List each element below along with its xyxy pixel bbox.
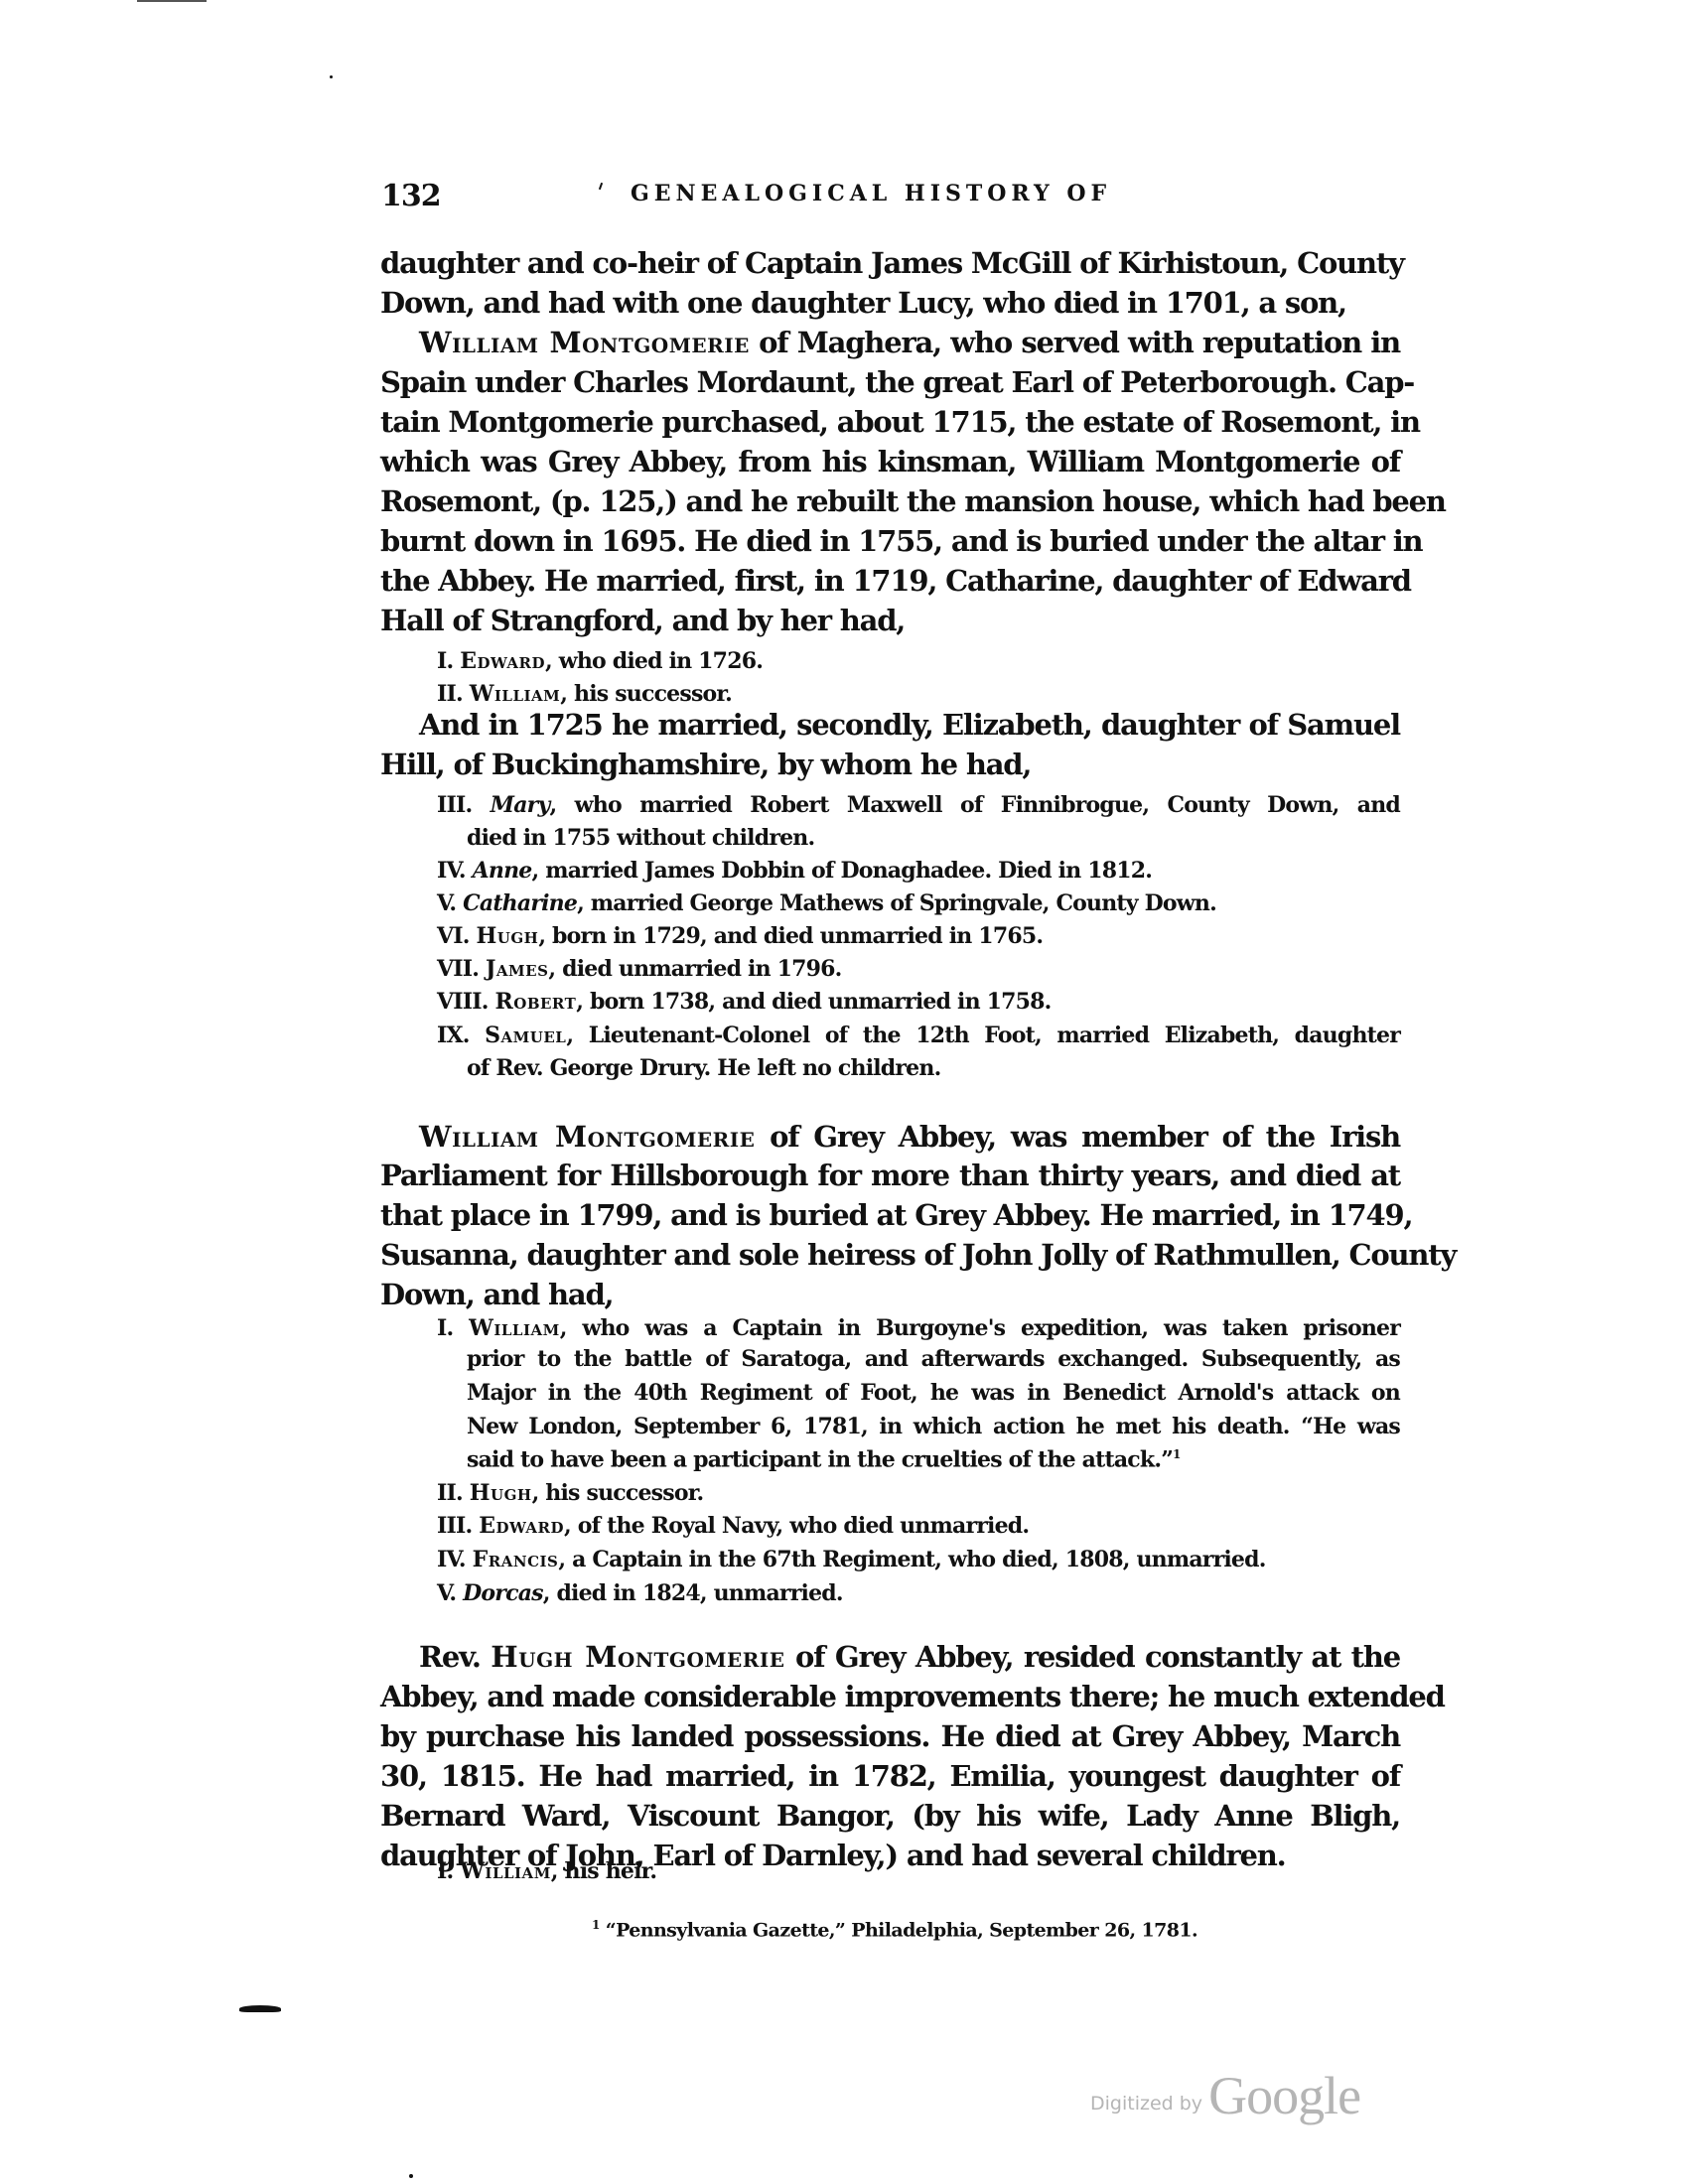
scan-artifact-dot <box>330 75 333 78</box>
body-text-line: William Montgomerie of Grey Abbey, was m… <box>419 1123 1400 1152</box>
child-entry-continuation: of Rev. George Drury. He left no childre… <box>467 1057 1400 1079</box>
body-text-line: Spain under Charles Mordaunt, the great … <box>380 368 1400 397</box>
body-text-line: the Abbey. He married, first, in 1719, C… <box>380 567 1400 596</box>
child-entry: II. William, his successor. <box>437 683 1400 705</box>
child-entry: III. Mary, who married Robert Maxwell of… <box>437 794 1400 816</box>
person-name: Hugh Montgomerie <box>491 1640 784 1674</box>
person-name: William Montgomerie <box>419 326 750 359</box>
child-entry: VIII. Robert, born 1738, and died unmarr… <box>437 991 1400 1013</box>
child-entry-continuation: Major in the 40th Regiment of Foot, he w… <box>467 1382 1400 1404</box>
person-name: William Montgomerie <box>419 1120 755 1154</box>
child-entry: I. Edward, who died in 1726. <box>437 650 1400 672</box>
body-text-line: Parliament for Hillsborough for more tha… <box>380 1161 1400 1190</box>
body-text-line: Hill, of Buckinghamshire, by whom he had… <box>380 751 1400 779</box>
body-text-line: by purchase his landed possessions. He d… <box>380 1722 1400 1751</box>
child-entry-continuation: died in 1755 without children. <box>467 827 1400 849</box>
child-entry-continuation: said to have been a participant in the c… <box>467 1448 1400 1470</box>
child-entry: II. Hugh, his successor. <box>437 1482 1400 1504</box>
body-text-line: And in 1725 he married, secondly, Elizab… <box>419 711 1400 740</box>
body-text-line: Down, and had with one daughter Lucy, wh… <box>380 289 1400 318</box>
body-text-line: Rev. Hugh Montgomerie of Grey Abbey, res… <box>419 1643 1400 1672</box>
body-text-line: tain Montgomerie purchased, about 1715, … <box>380 408 1400 437</box>
body-text-line: that place in 1799, and is buried at Gre… <box>380 1201 1400 1230</box>
footnote-marker: 1 <box>592 1918 600 1932</box>
child-entry: VI. Hugh, born in 1729, and died unmarri… <box>437 925 1400 947</box>
child-entry: IV. Anne, married James Dobbin of Donagh… <box>437 860 1400 882</box>
scan-artifact-blob <box>239 2005 281 2012</box>
child-entry: I. William, who was a Captain in Burgoyn… <box>437 1317 1400 1339</box>
child-entry: III. Edward, of the Royal Navy, who died… <box>437 1515 1400 1537</box>
body-text-line: William Montgomerie of Maghera, who serv… <box>419 329 1400 357</box>
scan-artifact-mark <box>599 183 603 190</box>
page-number: 132 <box>381 179 441 213</box>
google-logo: Google <box>1208 2066 1360 2125</box>
body-text-line: Bernard Ward, Viscount Bangor, (by his w… <box>380 1802 1400 1831</box>
running-title: GENEALOGICAL HISTORY OF <box>631 181 1111 206</box>
child-entry: I. William, his heir. <box>437 1860 1400 1882</box>
body-text-line: which was Grey Abbey, from his kinsman, … <box>380 448 1400 477</box>
body-text-line: Abbey, and made considerable improvement… <box>380 1683 1400 1711</box>
digitized-by-google-watermark: Digitized by Google <box>1090 2065 1360 2126</box>
body-text-line: daughter and co-heir of Captain James Mc… <box>380 249 1400 278</box>
book-page: 132 GENEALOGICAL HISTORY OF daughter and… <box>0 0 1688 2184</box>
scan-artifact-top-bar <box>137 0 207 2</box>
footnote: 1 “Pennsylvania Gazette,” Philadelphia, … <box>592 1918 1197 1941</box>
body-text-line: Down, and had, <box>380 1281 1400 1309</box>
child-entry-continuation: prior to the battle of Saratoga, and aft… <box>467 1348 1400 1370</box>
body-text-line: Susanna, daughter and sole heiress of Jo… <box>380 1241 1400 1270</box>
child-entry: VII. James, died unmarried in 1796. <box>437 958 1400 980</box>
footnote-reference[interactable]: 1 <box>1173 1447 1181 1461</box>
scan-artifact-dot <box>409 2174 413 2178</box>
body-text-line: Rosemont, (p. 125,) and he rebuilt the m… <box>380 487 1400 516</box>
child-entry: IX. Samuel, Lieutenant-Colonel of the 12… <box>437 1024 1400 1046</box>
child-entry: V. Catharine, married George Mathews of … <box>437 892 1400 914</box>
body-text-line: burnt down in 1695. He died in 1755, and… <box>380 527 1400 556</box>
body-text-line: Hall of Strangford, and by her had, <box>380 607 1400 635</box>
child-entry: V. Dorcas, died in 1824, unmarried. <box>437 1582 1400 1604</box>
body-text-line: 30, 1815. He had married, in 1782, Emili… <box>380 1762 1400 1791</box>
child-entry-continuation: New London, September 6, 1781, in which … <box>467 1416 1400 1437</box>
child-entry: IV. Francis, a Captain in the 67th Regim… <box>437 1549 1400 1570</box>
